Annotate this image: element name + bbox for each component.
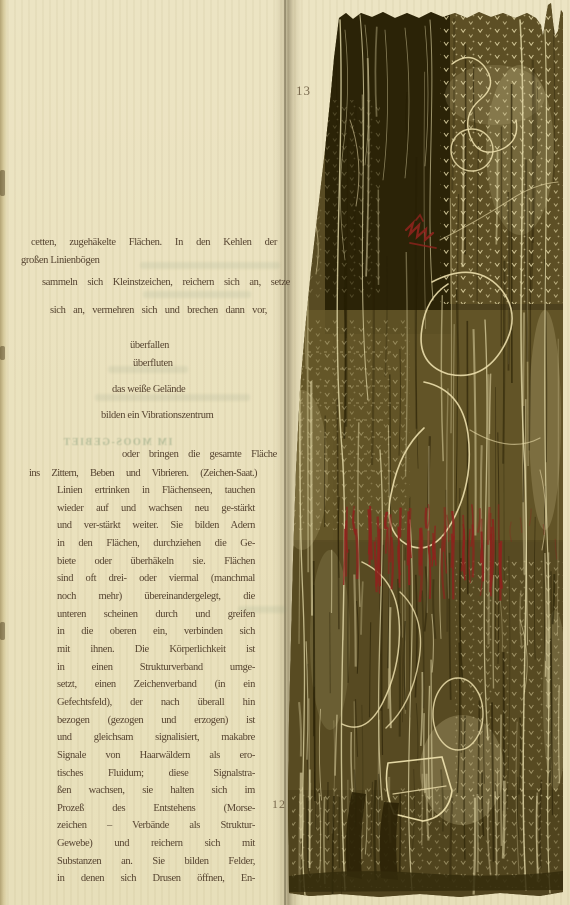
woodcut-print [0,0,570,905]
book-page-spread: IM MOOS-GEBIET cetten, zugehäkelte Fläch… [0,0,570,905]
